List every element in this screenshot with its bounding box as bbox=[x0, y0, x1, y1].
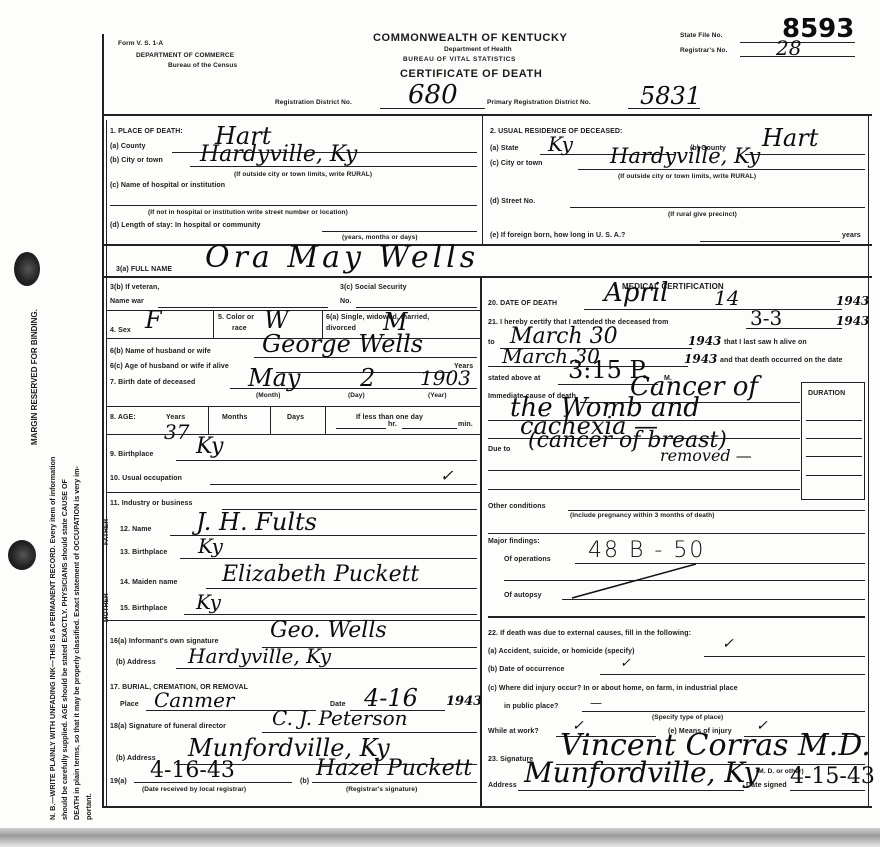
date-signed-label: Date signed bbox=[746, 782, 787, 789]
due-to-rule-2 bbox=[488, 489, 800, 490]
department-commerce: DEPARTMENT OF COMMERCE bbox=[136, 52, 234, 59]
form-left-border-inner bbox=[106, 120, 107, 808]
funeral-director-value: C. J. Peterson bbox=[272, 706, 408, 730]
state-file-label: State File No. bbox=[680, 32, 723, 39]
occupation-label: 10. Usual occupation bbox=[110, 475, 182, 482]
age-years-value: 37 bbox=[164, 420, 189, 444]
name-band-bottom bbox=[102, 276, 872, 278]
binding-hole-top bbox=[14, 252, 40, 286]
informant-address-line bbox=[176, 668, 477, 669]
father-name-label: 12. Name bbox=[120, 526, 152, 533]
residence-city-note: (If outside city or town limits, write R… bbox=[618, 173, 756, 180]
public-place-value: — bbox=[590, 696, 602, 710]
father-birthplace-line bbox=[180, 558, 477, 559]
date-of-death-line bbox=[584, 309, 842, 310]
age-divider-1 bbox=[208, 406, 209, 434]
length-of-stay-label: (d) Length of stay: In hospital or commu… bbox=[110, 222, 261, 229]
binding-hole-bottom bbox=[8, 540, 36, 570]
funeral-director-label: 18(a) Signature of funeral director bbox=[110, 723, 226, 730]
birthplace-line bbox=[176, 460, 477, 461]
foreign-born-label: (e) If foreign born, how long in U. S. A… bbox=[490, 232, 625, 239]
burial-place-value: Canmer bbox=[154, 688, 234, 712]
hospital-line bbox=[110, 205, 477, 206]
header-rule bbox=[102, 114, 872, 116]
war-line bbox=[158, 307, 328, 308]
margin-instructions-3: DEATH in plain terms, so that it may be … bbox=[72, 466, 81, 820]
registration-district-label: Registration District No. bbox=[275, 99, 352, 106]
birth-year: 1903 bbox=[420, 366, 471, 390]
while-at-work-label: While at work? bbox=[488, 728, 539, 735]
age-row-top bbox=[106, 406, 480, 407]
birth-day-note: (Day) bbox=[348, 392, 365, 399]
autopsy-strike-icon bbox=[570, 560, 700, 602]
birth-year-note: (Year) bbox=[428, 392, 447, 399]
mother-birthplace-value: Ky bbox=[196, 590, 221, 614]
death-city-label: (b) City or town bbox=[110, 157, 163, 164]
registrar-number-label: Registrar's No. bbox=[680, 47, 727, 54]
marital-label: 6(a) Single, widowed, married, bbox=[326, 314, 429, 321]
bureau-vital-statistics: BUREAU OF VITAL STATISTICS bbox=[403, 56, 516, 63]
death-county-label: (a) County bbox=[110, 143, 146, 150]
date-signed-line bbox=[790, 790, 865, 791]
form-bottom-border bbox=[102, 806, 872, 808]
sex-divider bbox=[213, 310, 214, 338]
war-label: Name war bbox=[110, 298, 144, 305]
date-signed-value: 4-15-43 bbox=[790, 764, 875, 789]
due-to-rule-1 bbox=[488, 470, 800, 471]
father-name-value: J. H. Fults bbox=[196, 508, 317, 536]
sex-value: F bbox=[145, 306, 162, 334]
due-to-label: Due to bbox=[488, 446, 510, 453]
residence-state-label: (a) State bbox=[490, 145, 519, 152]
external-causes-heading: 22. If death was due to external causes,… bbox=[488, 630, 691, 637]
certifier-address-value: Munfordville, Ky bbox=[524, 756, 759, 789]
duration-rule-4 bbox=[806, 475, 862, 476]
received-date-note: (Date received by local registrar) bbox=[142, 786, 246, 793]
age-row-bottom bbox=[106, 434, 480, 435]
father-side-label: FATHER bbox=[103, 519, 110, 545]
death-city-value: Hardyville, Ky bbox=[200, 142, 357, 167]
burial-place-label: Place bbox=[120, 701, 139, 708]
birth-month: May bbox=[248, 364, 300, 392]
age-divider-2 bbox=[270, 406, 271, 434]
hospital-note: (If not in hospital or institution write… bbox=[148, 209, 348, 216]
birth-month-note: (Month) bbox=[256, 392, 281, 399]
residence-county-value: Hart bbox=[762, 124, 818, 152]
certifier-address-line bbox=[518, 790, 744, 791]
spouse-name-value: George Wells bbox=[262, 330, 423, 358]
attended-to-year: 1943 bbox=[688, 334, 721, 348]
color-label: 5. Color or bbox=[218, 314, 254, 321]
bureau-census: Bureau of the Census bbox=[168, 62, 237, 69]
public-place-label: in public place? bbox=[504, 703, 559, 710]
death-city-note: (If outside city or town limits, write R… bbox=[234, 171, 372, 178]
father-birthplace-value: Ky bbox=[198, 534, 223, 558]
mother-maiden-label: 14. Maiden name bbox=[120, 579, 178, 586]
spouse-age-label: 6(c) Age of husband or wife if alive bbox=[110, 363, 229, 370]
injury-location-label: (c) Where did injury occur? In or about … bbox=[488, 685, 738, 692]
mother-birthplace-line bbox=[184, 614, 477, 615]
death-certificate: MARGIN RESERVED FOR BINDING. N. B.—WRITE… bbox=[0, 0, 880, 847]
other-conditions-label: Other conditions bbox=[488, 503, 546, 510]
form-right-border bbox=[868, 116, 869, 806]
duration-rule-1 bbox=[806, 420, 862, 421]
duration-label: DURATION bbox=[808, 390, 845, 397]
veteran-label: 3(b) If veteran, bbox=[110, 284, 159, 291]
birth-day: 2 bbox=[360, 364, 375, 392]
primary-district-value: 5831 bbox=[640, 82, 701, 110]
age-months-label: Months bbox=[222, 414, 247, 421]
attended-from-value: 3-3 bbox=[750, 306, 782, 330]
foreign-born-line bbox=[700, 241, 840, 242]
ss-number-label: No. bbox=[340, 298, 352, 305]
street-line bbox=[570, 207, 865, 208]
primary-district-label: Primary Registration District No. bbox=[487, 99, 591, 106]
occupation-value: ✓ bbox=[440, 466, 453, 485]
full-name-label: 3(a) FULL NAME bbox=[116, 266, 172, 273]
mother-side-label: MOTHER bbox=[103, 593, 110, 622]
attended-to-label: to bbox=[488, 339, 495, 346]
major-findings-label: Major findings: bbox=[488, 538, 540, 545]
date-of-death-month: April bbox=[604, 278, 668, 308]
section-divider-top bbox=[482, 116, 483, 244]
last-seen-label: that I last saw h alive on bbox=[724, 339, 807, 346]
street-note: (If rural give precinct) bbox=[668, 211, 737, 218]
hospital-label: (c) Name of hospital or institution bbox=[110, 182, 225, 189]
date-of-occurrence-value: ✓ bbox=[620, 656, 631, 671]
stated-above-label: stated above at bbox=[488, 375, 540, 382]
specify-place-note: (Specify type of place) bbox=[652, 714, 723, 721]
department-health: Department of Health bbox=[444, 46, 512, 53]
residence-county-line bbox=[745, 154, 865, 155]
registrar-number-value: 28 bbox=[776, 36, 801, 60]
mother-birthplace-label: 15. Birthplace bbox=[120, 605, 167, 612]
father-birthplace-label: 13. Birthplace bbox=[120, 549, 167, 556]
form-left-border bbox=[102, 34, 104, 808]
commonwealth-heading: COMMONWEALTH OF KENTUCKY bbox=[373, 32, 567, 44]
date-of-death-year: 1943 bbox=[836, 294, 869, 308]
ss-number-line bbox=[356, 307, 477, 308]
residence-state-value: Ky bbox=[548, 132, 573, 156]
certificate-title: CERTIFICATE OF DEATH bbox=[400, 68, 542, 80]
duration-rule-2 bbox=[806, 438, 862, 439]
autopsy-label: Of autopsy bbox=[504, 592, 542, 599]
duration-box bbox=[801, 382, 865, 500]
social-security-label: 3(c) Social Security bbox=[340, 284, 407, 291]
birthplace-value: Ky bbox=[196, 434, 223, 459]
registrar-signature-note: (Registrar's signature) bbox=[346, 786, 417, 793]
public-place-line bbox=[582, 711, 865, 712]
margin-instructions-2: should be carefully supplied. AGE should… bbox=[60, 479, 69, 820]
date-of-occurrence-label: (b) Date of occurrence bbox=[488, 666, 565, 673]
minutes-label: min. bbox=[458, 421, 473, 428]
accident-value: ✓ bbox=[722, 636, 734, 652]
death-occurred-label: and that death occurred on the date bbox=[720, 357, 843, 364]
row-sex-top bbox=[106, 310, 480, 311]
due-to-line-2: removed — bbox=[660, 446, 752, 465]
section-divider-main bbox=[480, 278, 482, 806]
informant-value: Geo. Wells bbox=[270, 618, 387, 643]
birthplace-label: 9. Birthplace bbox=[110, 451, 153, 458]
certifier-address-label: Address bbox=[488, 782, 517, 789]
date-of-death-label: 20. DATE OF DEATH bbox=[488, 300, 557, 307]
margin-instructions-4: portant. bbox=[84, 793, 93, 820]
foreign-born-unit: years bbox=[842, 232, 861, 239]
age-divider-3 bbox=[325, 406, 326, 434]
age-days-label: Days bbox=[287, 414, 304, 421]
spouse-name-label: 6(b) Name of husband or wife bbox=[110, 348, 211, 355]
street-label: (d) Street No. bbox=[490, 198, 535, 205]
registration-district-value: 680 bbox=[408, 80, 458, 110]
industry-row-top bbox=[106, 492, 480, 493]
occupation-line bbox=[210, 484, 477, 485]
findings-bottom-rule bbox=[488, 616, 865, 618]
industry-label: 11. Industry or business bbox=[110, 500, 193, 507]
informant-address-value: Hardyville, Ky bbox=[188, 644, 331, 668]
accident-line bbox=[704, 656, 865, 657]
hours-label: hr. bbox=[388, 421, 397, 428]
minutes-line bbox=[402, 428, 457, 429]
received-date-value: 4-16-43 bbox=[150, 758, 235, 783]
funeral-director-line bbox=[262, 732, 477, 733]
margin-instructions-1: N. B.—WRITE PLAINLY WITH UNFADING INK—TH… bbox=[48, 457, 57, 820]
informant-address-label: (b) Address bbox=[116, 659, 156, 666]
less-than-day-label: If less than one day bbox=[356, 414, 423, 421]
form-number: Form V. S. 1-A bbox=[118, 40, 163, 47]
mother-maiden-line bbox=[206, 588, 477, 589]
operations-label: Of operations bbox=[504, 556, 551, 563]
birth-date-label: 7. Birth date of deceased bbox=[110, 379, 195, 386]
attended-from-year: 1943 bbox=[836, 314, 869, 328]
residence-city-line bbox=[578, 169, 865, 170]
full-name-value: Ora May Wells bbox=[205, 240, 479, 275]
registrar-signature-value: Hazel Puckett bbox=[316, 756, 472, 781]
last-seen-year: 1943 bbox=[684, 352, 717, 366]
margin-reserved-text: MARGIN RESERVED FOR BINDING. bbox=[30, 309, 39, 445]
place-of-death-heading: 1. PLACE OF DEATH: bbox=[110, 128, 183, 135]
scan-bottom-edge bbox=[0, 828, 880, 847]
duration-rule-3 bbox=[806, 456, 862, 457]
sex-label: 4. Sex bbox=[110, 327, 131, 334]
registrar-signature-label: (b) bbox=[300, 778, 309, 785]
registrar-signature-line bbox=[312, 782, 477, 783]
residence-city-label: (c) City or town bbox=[490, 160, 543, 167]
residence-city-value: Hardyville, Ky bbox=[610, 144, 760, 168]
date-of-occurrence-line bbox=[600, 674, 865, 675]
other-conditions-line-2 bbox=[488, 533, 865, 534]
other-conditions-line bbox=[568, 510, 865, 511]
accident-label: (a) Accident, suicide, or homicide (spec… bbox=[488, 648, 635, 655]
other-conditions-note: (Include pregnancy within 3 months of de… bbox=[570, 512, 715, 519]
received-date-label: 19(a) bbox=[110, 778, 127, 785]
mother-maiden-value: Elizabeth Puckett bbox=[222, 562, 419, 587]
race-label: race bbox=[232, 325, 247, 332]
hours-line bbox=[336, 428, 386, 429]
burial-year-value: 1943 bbox=[446, 694, 482, 709]
length-of-stay-line bbox=[322, 231, 477, 232]
date-of-death-day: 14 bbox=[714, 286, 739, 310]
age-label: 8. AGE: bbox=[110, 414, 136, 421]
